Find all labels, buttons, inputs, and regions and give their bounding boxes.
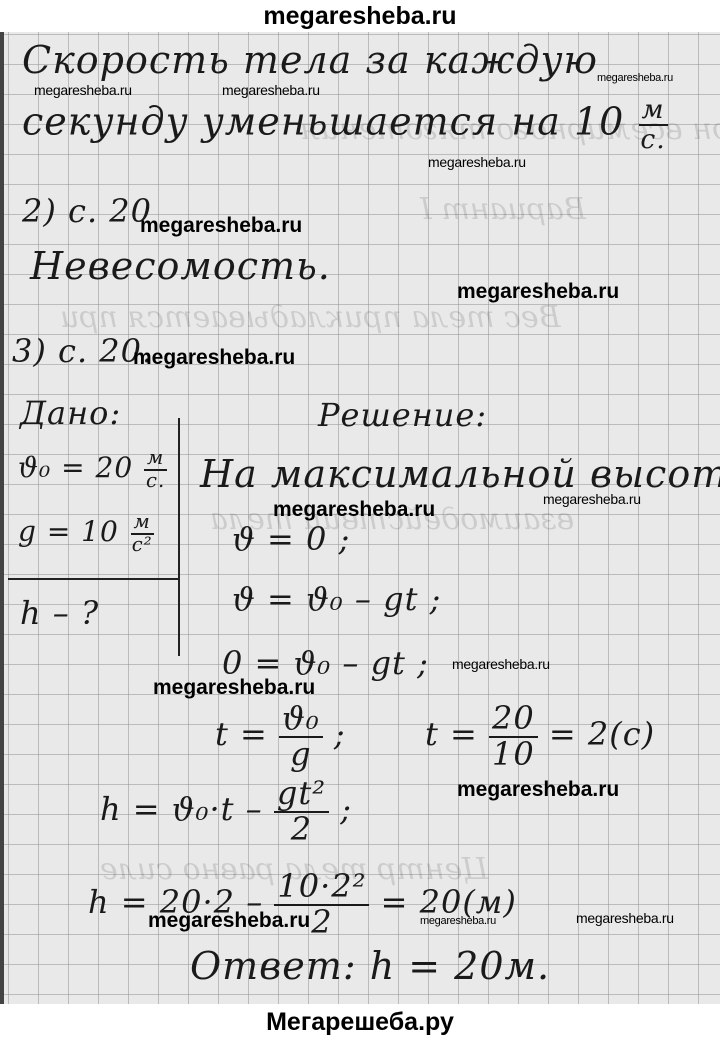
watermark: megaresheba.ru [452,656,550,672]
watermark: megaresheba.ru [597,72,673,84]
given-title: Дано: [20,394,121,432]
watermark: megaresheba.ru [428,154,526,170]
task2-answer: Невесомость. [30,244,331,288]
notebook-page: Закон всемирного тяготения Вариант I Вес… [0,32,720,1004]
site-header-watermark: megaresheba.ru [0,0,720,32]
watermark: megaresheba.ru [222,82,320,98]
task1-line2: секунду уменьшается на 10 м с. [22,96,669,154]
watermark: megaresheba.ru [148,909,310,933]
solution-title: Решение: [318,396,487,434]
bleed-through-text: Вес тела прикладывается при [60,300,561,335]
given-divider-vertical [178,418,180,656]
watermark: megaresheba.ru [576,910,674,926]
find-height: h – ? [20,594,99,632]
final-answer: Ответ: h = 20м. [190,944,550,988]
watermark: megaresheba.ru [457,280,619,304]
watermark: megaresheba.ru [140,214,302,238]
task1-line2-text: секунду уменьшается на 10 [22,99,624,143]
given-initial-velocity: ϑ₀ = 20 м с. [18,448,168,491]
given-gravity: g = 10 м с² [18,512,156,555]
equation-time-value: t = 20 10 = 2(с) [425,702,655,771]
watermark: megaresheba.ru [420,915,496,927]
bleed-through-text: Вариант I [420,192,586,227]
watermark: megaresheba.ru [273,498,435,522]
watermark: megaresheba.ru [34,82,132,98]
equation-v-zero: ϑ = 0 ; [232,520,350,558]
site-footer-watermark: Мегарешеба.ру [0,1004,720,1041]
watermark: megaresheba.ru [457,778,619,802]
task3-label: 3) с. 20. [12,332,153,370]
given-divider-horizontal [8,578,178,580]
watermark: megaresheba.ru [133,346,295,370]
watermark: megaresheba.ru [153,676,315,700]
equation-time-formula: t = ϑ₀ g ; [215,702,346,771]
solution-intro: На максимальной высоте [200,452,720,496]
task2-label: 2) с. 20 [22,192,152,230]
watermark: megaresheba.ru [543,491,641,507]
task1-unit-fraction: м с. [637,96,668,154]
equation-velocity: ϑ = ϑ₀ – gt ; [232,580,441,618]
task1-line1: Скорость тела за каждую [22,38,598,82]
equation-height-formula: h = ϑ₀·t – gt² 2 ; [100,777,352,846]
